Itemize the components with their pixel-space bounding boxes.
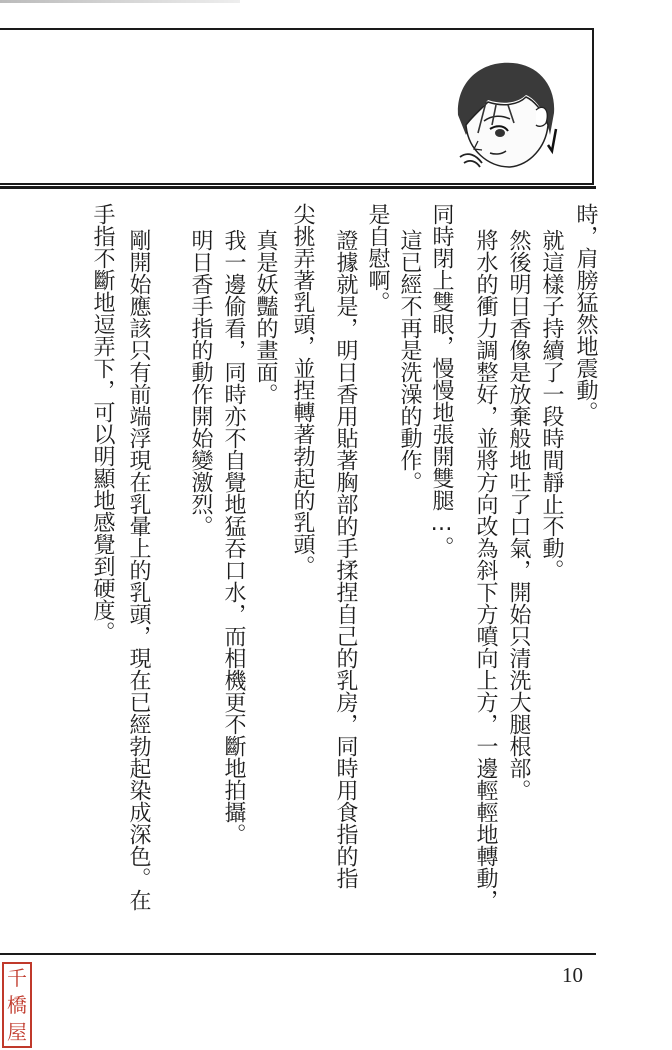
text-column: 剛開始應該只有前端浮現在乳暈上的乳頭，現在已經勃起染成深色。在: [125, 229, 151, 911]
text-column: 尖挑弄著乳頭，並捏轉著勃起的乳頭。: [289, 203, 315, 577]
text-column: 將水的衝力調整好，並將方向改為斜下方噴向上方，一邊輕輕地轉動，: [472, 229, 498, 911]
text-column: 我一邊偷看，同時亦不自覺地猛吞口水，而相機更不斷地拍攝。: [220, 229, 246, 845]
seal-char: 千: [7, 968, 27, 988]
text-column: 時，肩膀猛然地震動。: [572, 203, 598, 423]
text-column: 同時閉上雙眼，慢慢地張開雙腿…。: [428, 203, 454, 558]
text-column: 就這樣子持續了一段時間靜止不動。: [538, 229, 564, 581]
text-column: 然後明日香像是放棄般地吐了口氣，開始只清洗大腿根部。: [505, 229, 531, 801]
seal-char: 橋: [7, 995, 27, 1015]
footer-rule: [0, 953, 596, 955]
publisher-seal: 千 橋 屋: [2, 962, 32, 1048]
text-column: 手指不斷地逗弄下，可以明顯地感覺到硬度。: [89, 203, 115, 643]
text-column: 明日香手指的動作開始變激烈。: [187, 229, 213, 537]
page-number: 10: [562, 963, 583, 988]
text-column: 這已經不再是洗澡的動作。: [396, 229, 422, 493]
vertical-text-body: 時，肩膀猛然地震動。 就這樣子持續了一段時間靜止不動。 然後明日香像是放棄般地吐…: [0, 0, 672, 950]
seal-char: 屋: [7, 1022, 27, 1042]
text-column: 證據就是，明日香用貼著胸部的手揉捏自己的乳房，同時用食指的指: [332, 229, 358, 889]
text-column: 是自慰啊。: [364, 203, 390, 313]
text-column: 真是妖豔的畫面。: [252, 229, 278, 405]
